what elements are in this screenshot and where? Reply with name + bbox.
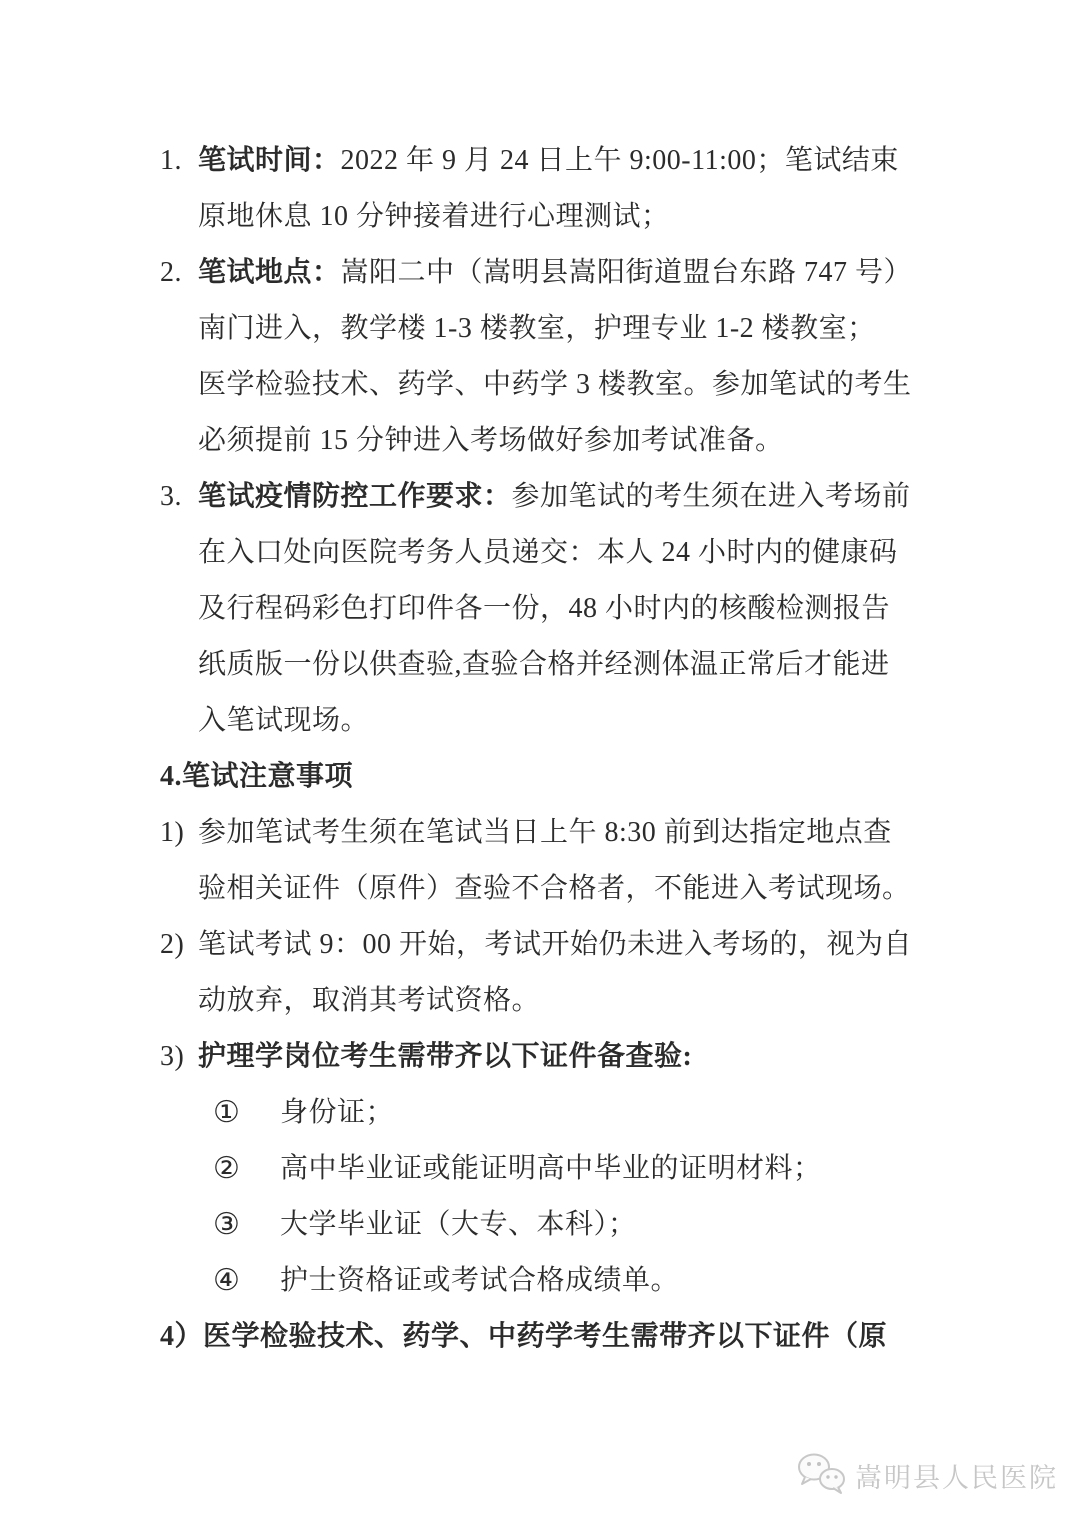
list-marker: 2. — [160, 245, 182, 301]
doc-line: 3)护理学岗位考生需带齐以下证件备查验: — [160, 1029, 930, 1085]
text-segment: 在入口处向医院考务人员递交：本人 24 小时内的健康码 — [198, 537, 898, 568]
doc-line: 纸质版一份以供查验,查验合格并经测体温正常后才能进 — [160, 637, 930, 693]
text-segment: 参加笔试考生须在笔试当日上午 8:30 前到达指定地点查 — [198, 817, 892, 848]
list-marker: ③ — [213, 1197, 240, 1253]
doc-line: 南门进入，教学楼 1-3 楼教室，护理专业 1-2 楼教室； — [160, 301, 930, 357]
doc-line: 验相关证件（原件）查验不合格者，不能进入考试现场。 — [160, 861, 930, 917]
list-marker: ① — [213, 1085, 240, 1141]
list-marker: ② — [213, 1141, 240, 1197]
doc-line: ③大学毕业证（大专、本科）； — [160, 1197, 930, 1253]
doc-line: 2)笔试考试 9：00 开始，考试开始仍未进入考场的，视为自 — [160, 917, 930, 973]
text-segment: 笔试地点： — [198, 257, 341, 288]
doc-line: 1)参加笔试考生须在笔试当日上午 8:30 前到达指定地点查 — [160, 805, 930, 861]
watermark: 嵩明县人民医院 — [795, 1452, 1058, 1498]
text-segment: 4.笔试注意事项 — [160, 761, 353, 792]
doc-line: 4.笔试注意事项 — [160, 749, 930, 805]
doc-line: ①身份证； — [160, 1085, 930, 1141]
doc-line: 入笔试现场。 — [160, 693, 930, 749]
exam-notice-body: 1.笔试时间：2022 年 9 月 24 日上午 9:00-11:00；笔试结束… — [0, 0, 1080, 1365]
text-segment: 南门进入，教学楼 1-3 楼教室，护理专业 1-2 楼教室； — [198, 313, 876, 344]
watermark-text: 嵩明县人民医院 — [855, 1456, 1058, 1495]
doc-line: 必须提前 15 分钟进入考场做好参加考试准备。 — [160, 413, 930, 469]
doc-line: 医学检验技术、药学、中药学 3 楼教室。参加笔试的考生 — [160, 357, 930, 413]
text-segment: 笔试时间： — [198, 145, 341, 176]
wechat-icon — [795, 1452, 849, 1498]
list-marker: 3) — [160, 1029, 184, 1085]
text-segment: 及行程码彩色打印件各一份，48 小时内的核酸检测报告 — [198, 593, 890, 624]
text-segment: 纸质版一份以供查验,查验合格并经测体温正常后才能进 — [198, 649, 890, 680]
text-segment: 必须提前 15 分钟进入考场做好参加考试准备。 — [198, 425, 784, 456]
list-marker: 1) — [160, 805, 184, 861]
doc-line: 4）医学检验技术、药学、中药学考生需带齐以下证件（原 — [160, 1309, 930, 1365]
doc-line: 动放弃，取消其考试资格。 — [160, 973, 930, 1029]
text-segment: 2022 年 9 月 24 日上午 9:00-11:00；笔试结束 — [341, 145, 899, 176]
text-segment: 护士资格证或考试合格成绩单。 — [280, 1265, 679, 1296]
list-marker: 2) — [160, 917, 184, 973]
text-segment: 验相关证件（原件）查验不合格者，不能进入考试现场。 — [198, 873, 911, 904]
text-segment: 4）医学检验技术、药学、中药学考生需带齐以下证件（原 — [160, 1321, 887, 1352]
doc-line: 2.笔试地点：嵩阳二中（嵩明县嵩阳街道盟台东路 747 号） — [160, 245, 930, 301]
doc-line: 在入口处向医院考务人员递交：本人 24 小时内的健康码 — [160, 525, 930, 581]
doc-line: ②高中毕业证或能证明高中毕业的证明材料； — [160, 1141, 930, 1197]
text-segment: 护理学岗位考生需带齐以下证件备查验: — [198, 1041, 692, 1072]
text-segment: 嵩阳二中（嵩明县嵩阳街道盟台东路 747 号） — [341, 257, 913, 288]
doc-line: ④护士资格证或考试合格成绩单。 — [160, 1253, 930, 1309]
text-segment: 笔试考试 9：00 开始，考试开始仍未进入考场的，视为自 — [198, 929, 912, 960]
list-marker: 1. — [160, 133, 182, 189]
doc-line: 及行程码彩色打印件各一份，48 小时内的核酸检测报告 — [160, 581, 930, 637]
text-segment: 动放弃，取消其考试资格。 — [198, 985, 540, 1016]
text-segment: 原地休息 10 分钟接着进行心理测试； — [198, 201, 670, 232]
list-marker: ④ — [213, 1253, 240, 1309]
doc-line: 1.笔试时间：2022 年 9 月 24 日上午 9:00-11:00；笔试结束 — [160, 133, 930, 189]
doc-line: 原地休息 10 分钟接着进行心理测试； — [160, 189, 930, 245]
text-segment: 参加笔试的考生须在进入考场前 — [512, 481, 911, 512]
text-segment: 医学检验技术、药学、中药学 3 楼教室。参加笔试的考生 — [198, 369, 912, 400]
text-segment: 大学毕业证（大专、本科）； — [280, 1209, 637, 1240]
text-segment: 高中毕业证或能证明高中毕业的证明材料； — [280, 1153, 822, 1184]
scanned-document-page: { "page": { "background": "#ffffff", "te… — [0, 0, 1080, 1526]
text-segment: 身份证； — [280, 1097, 394, 1128]
text-segment: 入笔试现场。 — [198, 705, 369, 736]
doc-line: 3.笔试疫情防控工作要求：参加笔试的考生须在进入考场前 — [160, 469, 930, 525]
text-segment: 笔试疫情防控工作要求： — [198, 481, 512, 512]
list-marker: 3. — [160, 469, 182, 525]
